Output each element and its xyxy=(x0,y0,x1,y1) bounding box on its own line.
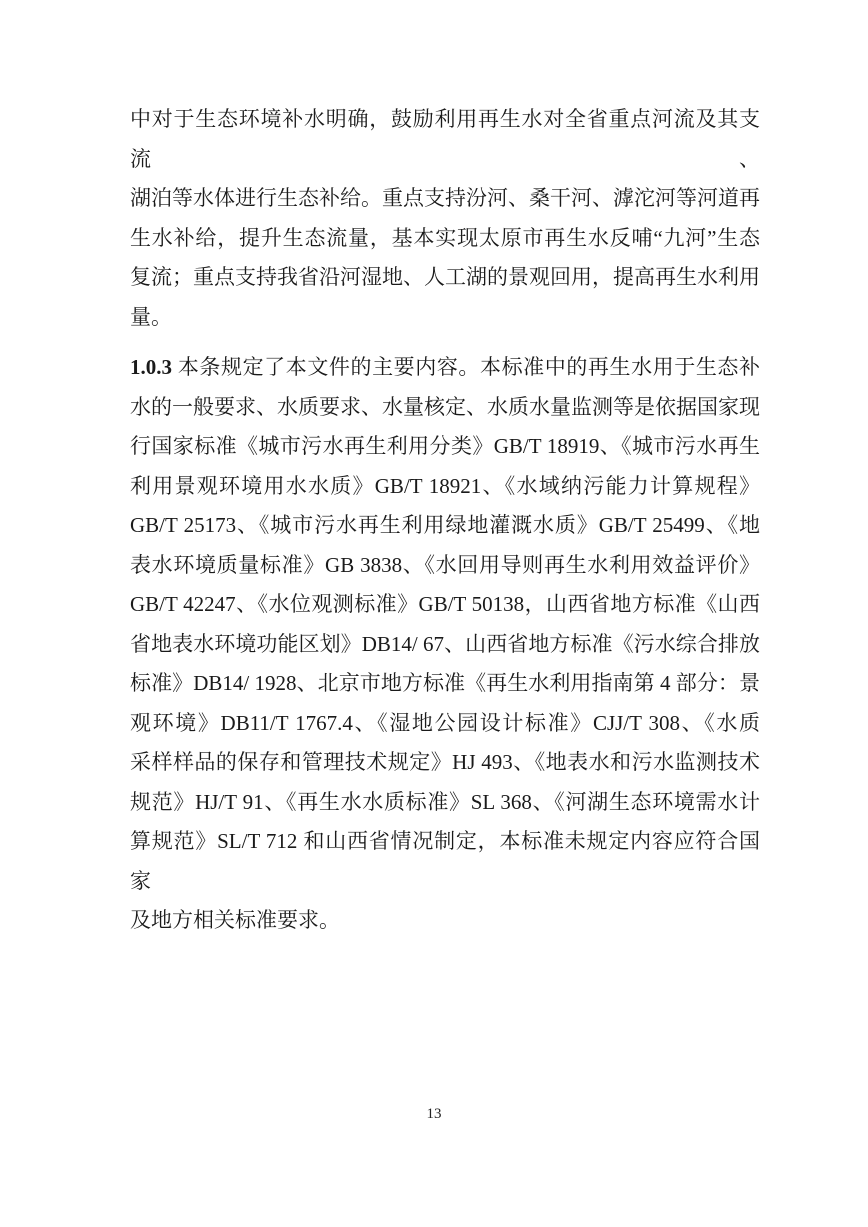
text-line: 利用景观环境用水水质》GB/T 18921、《水域纳污能力计算规程》 xyxy=(130,467,760,507)
text-line: 中对于生态环境补水明确，鼓励利用再生水对全省重点河流及其支流、 xyxy=(130,100,760,179)
document-body: 中对于生态环境补水明确，鼓励利用再生水对全省重点河流及其支流、 湖泊等水体进行生… xyxy=(130,100,760,941)
text-line: 1.0.3 本条规定了本文件的主要内容。本标准中的再生水用于生态补 xyxy=(130,348,760,388)
paragraph-continuation: 中对于生态环境补水明确，鼓励利用再生水对全省重点河流及其支流、 湖泊等水体进行生… xyxy=(130,100,760,337)
text-line: 水的一般要求、水质要求、水量核定、水质水量监测等是依据国家现 xyxy=(130,388,760,428)
text-line: 采样样品的保存和管理技术规定》HJ 493、《地表水和污水监测技术 xyxy=(130,743,760,783)
text-line: 省地表水环境功能区划》DB14/ 67、山西省地方标准《污水综合排放 xyxy=(130,625,760,665)
text-line: 规范》HJ/T 91、《再生水水质标准》SL 368、《河湖生态环境需水计 xyxy=(130,783,760,823)
text-line: 行国家标准《城市污水再生利用分类》GB/T 18919、《城市污水再生 xyxy=(130,427,760,467)
text-line: 复流；重点支持我省沿河湿地、人工湖的景观回用，提高再生水利用 xyxy=(130,258,760,298)
paragraph-clause-1-0-3: 1.0.3 本条规定了本文件的主要内容。本标准中的再生水用于生态补 水的一般要求… xyxy=(130,348,760,941)
text-line: 生水补给，提升生态流量，基本实现太原市再生水反哺“九河”生态 xyxy=(130,219,760,259)
text-line: 标准》DB14/ 1928、北京市地方标准《再生水利用指南第 4 部分：景 xyxy=(130,664,760,704)
text-segment: 本条规定了本文件的主要内容。本标准中的再生水用于生态补 xyxy=(172,355,760,379)
text-line: 及地方相关标准要求。 xyxy=(130,901,760,941)
clause-number: 1.0.3 xyxy=(130,355,172,379)
text-line: 量。 xyxy=(130,298,760,338)
text-line: GB/T 42247、《水位观测标准》GB/T 50138，山西省地方标准《山西 xyxy=(130,585,760,625)
text-line: GB/T 25173、《城市污水再生利用绿地灌溉水质》GB/T 25499、《地 xyxy=(130,506,760,546)
text-line: 湖泊等水体进行生态补给。重点支持汾河、桑干河、滹沱河等河道再 xyxy=(130,179,760,219)
page-number: 13 xyxy=(0,1106,868,1123)
text-line: 观环境》DB11/T 1767.4、《湿地公园设计标准》CJJ/T 308、《水… xyxy=(130,704,760,744)
document-page: 中对于生态环境补水明确，鼓励利用再生水对全省重点河流及其支流、 湖泊等水体进行生… xyxy=(0,0,868,1227)
text-line: 算规范》SL/T 712 和山西省情况制定，本标准未规定内容应符合国家 xyxy=(130,822,760,901)
text-line: 表水环境质量标准》GB 3838、《水回用导则再生水利用效益评价》 xyxy=(130,546,760,586)
